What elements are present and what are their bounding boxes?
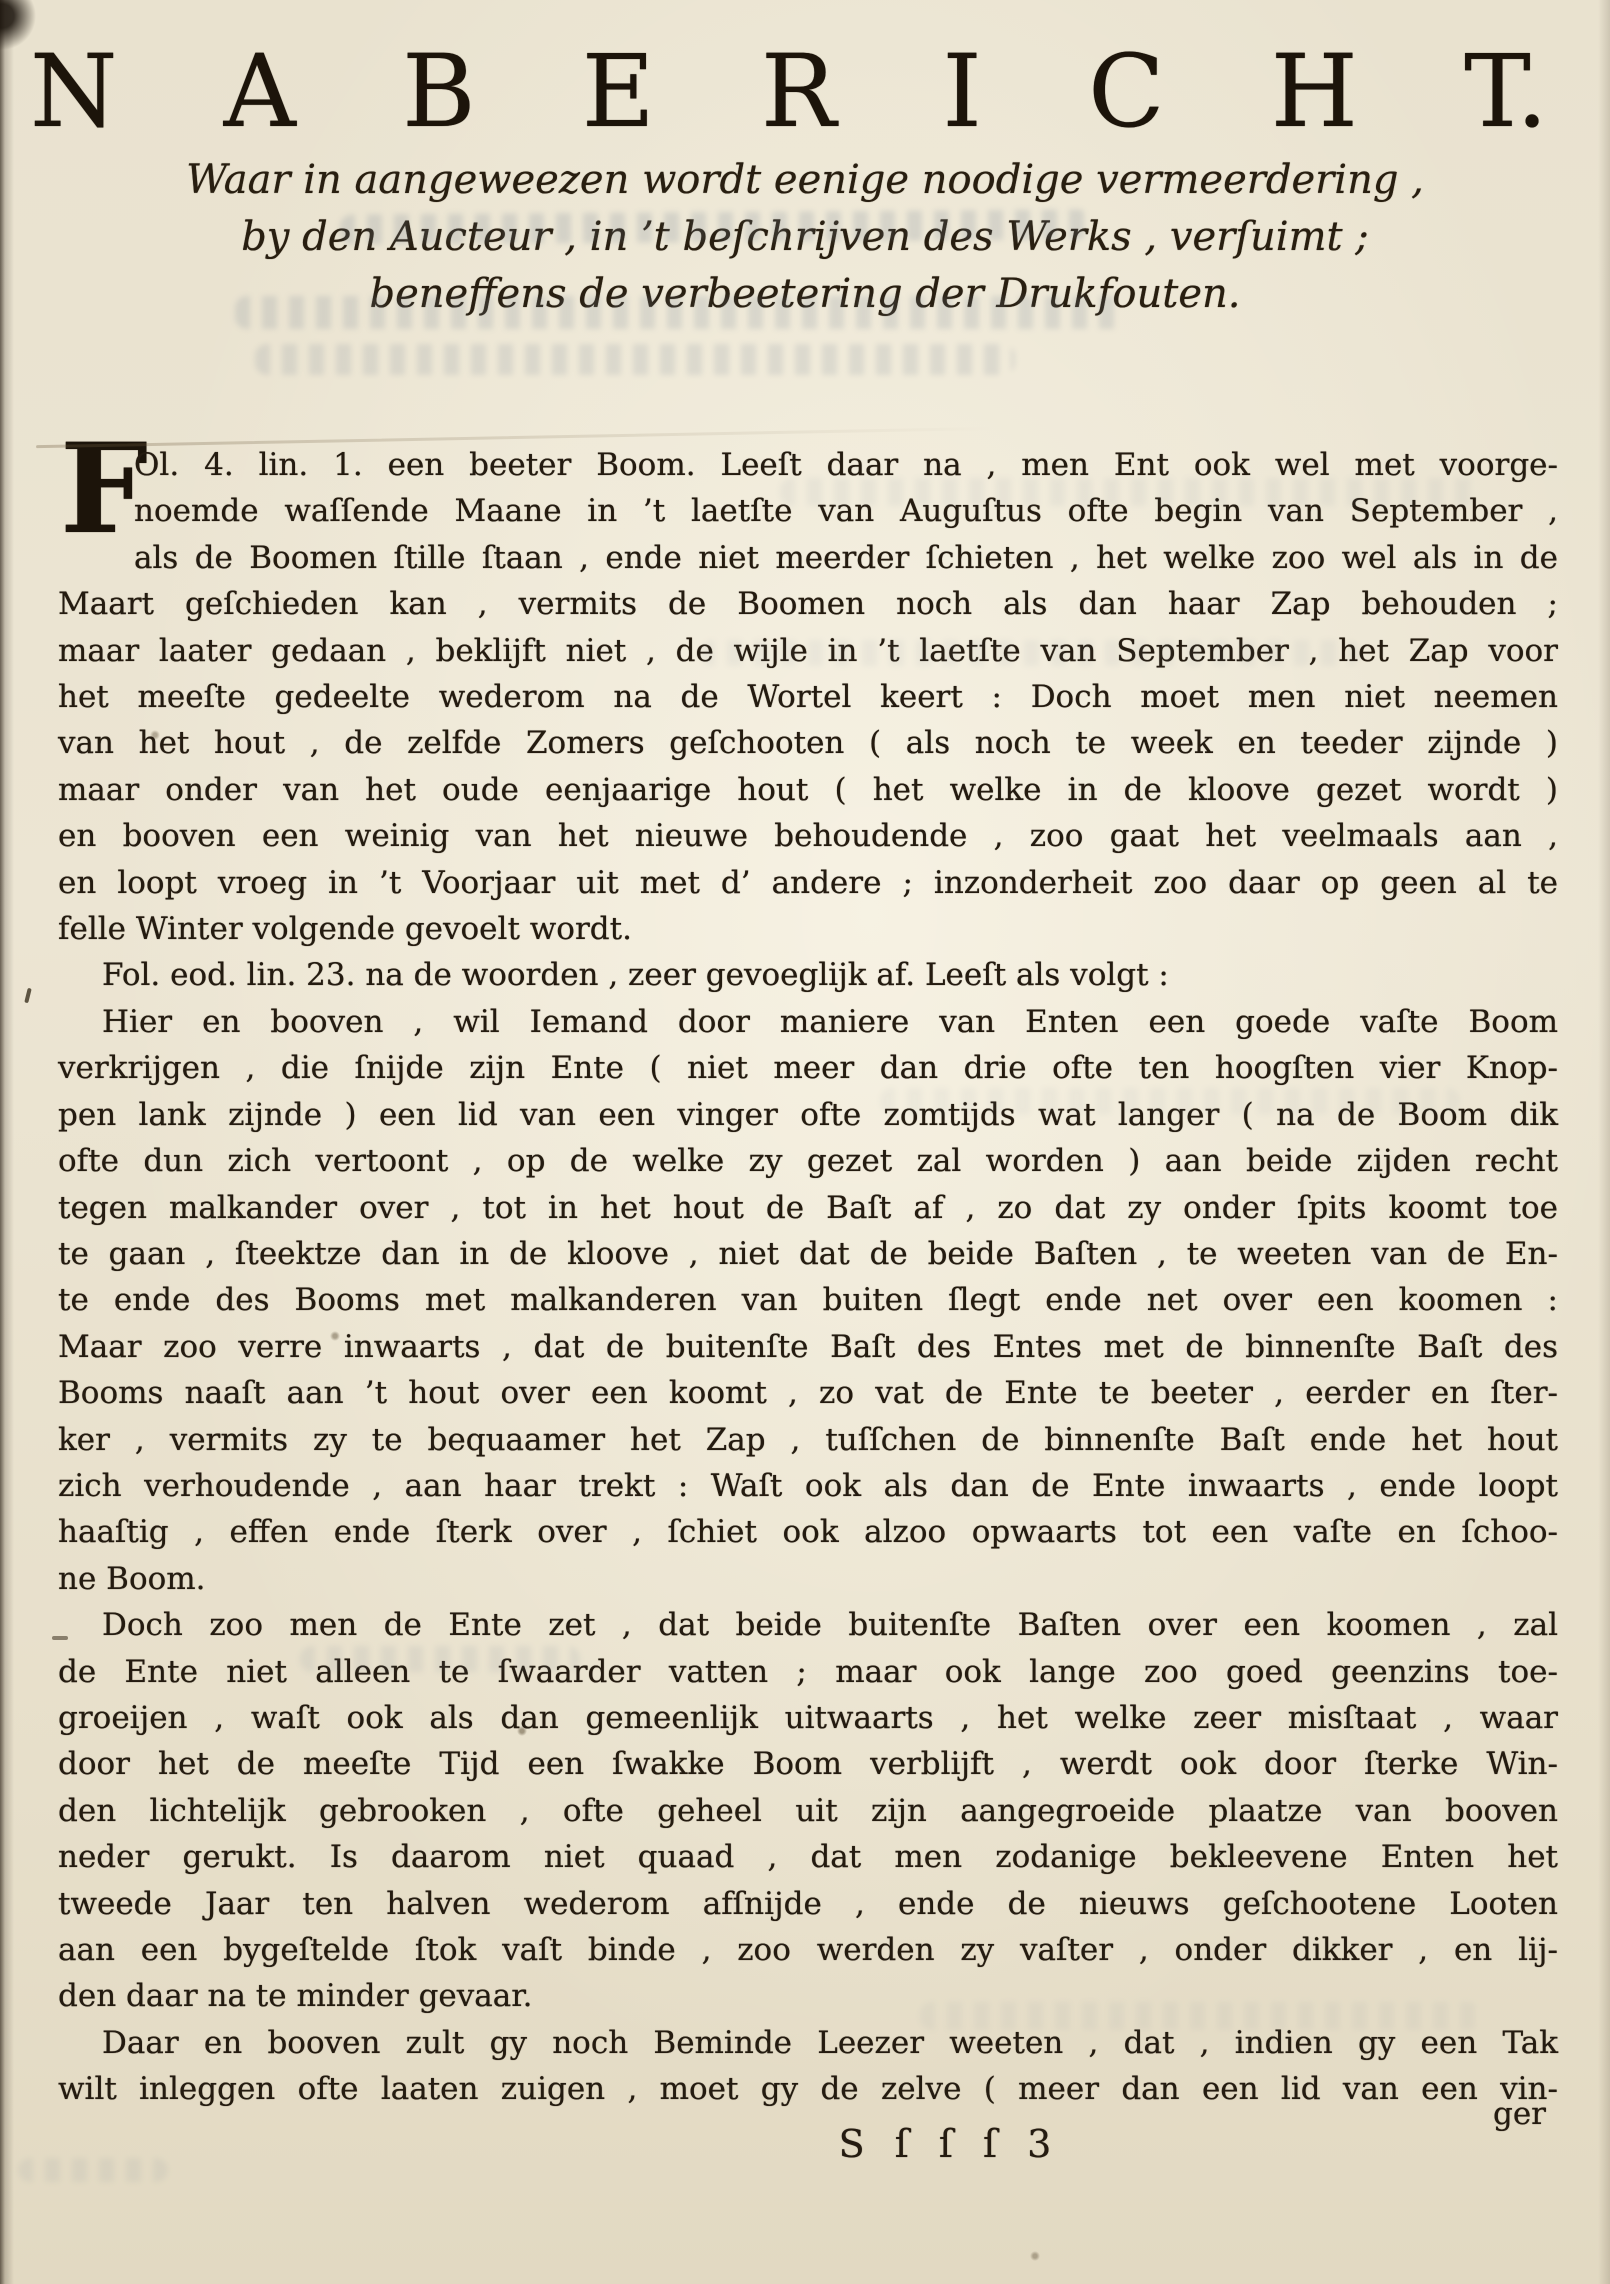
body-line: wilt inleggen ofte laaten zuigen , moet … <box>58 2066 1558 2112</box>
body-line: Hier en booven , wil Iemand door maniere… <box>58 999 1558 1045</box>
body-line: pen lank zijnde ) een lid van een vinger… <box>58 1092 1558 1138</box>
body-line: aan een bygeſtelde ſtok vaſt binde , zoo… <box>58 1927 1558 1973</box>
body-line: het meeſte gedeelte wederom na de Wortel… <box>58 674 1558 720</box>
body-line: als de Boomen ſtille ſtaan , ende niet m… <box>58 535 1558 581</box>
body-line: Maart geſchieden kan , vermits de Boomen… <box>58 581 1558 627</box>
body-line: en booven een weinig van het nieuwe beho… <box>58 813 1558 859</box>
body-line: ne Boom. <box>58 1556 1558 1602</box>
ink-mark <box>24 988 32 1004</box>
body-text: F Ol. 4. lin. 1. een beeter Boom. Leeſt … <box>58 442 1558 2113</box>
drop-cap: F <box>60 445 116 537</box>
page: NABERICHT. Waar in aangeweezen wordt een… <box>0 0 1610 2284</box>
bleedthrough-smudge <box>255 344 1015 375</box>
body-line: zich verhoudende , aan haar trekt : Waſt… <box>58 1463 1558 1509</box>
body-line: te ende des Booms met malkanderen van bu… <box>58 1277 1558 1323</box>
title-letter: H <box>1271 42 1358 142</box>
body-line: maar laater gedaan , beklijft niet , de … <box>58 628 1558 674</box>
body-line: tegen malkander over , tot in het hout d… <box>58 1185 1558 1231</box>
body-line: de Ente niet alleen te ſwaarder vatten ;… <box>58 1649 1558 1695</box>
body-line: verkrijgen , die ſnijde zijn Ente ( niet… <box>58 1045 1558 1091</box>
subtitle-line: beneffens de verbeetering der Drukfouten… <box>70 266 1540 323</box>
title-letter: T. <box>1464 42 1548 142</box>
body-line: noemde waſſende Maane in ’t laetſte van … <box>58 488 1558 534</box>
body-line: Daar en booven zult gy noch Beminde Leez… <box>58 2020 1558 2066</box>
title-letter: R <box>761 42 836 142</box>
page-title: NABERICHT. <box>30 42 1548 142</box>
title-letter: I <box>942 42 982 142</box>
subtitle-line: by den Aucteur , in ’t beſchrijven des W… <box>70 209 1540 266</box>
title-letter: E <box>582 42 655 142</box>
body-line: ker , vermits zy te bequaamer het Zap , … <box>58 1417 1558 1463</box>
body-line: Maar zoo verre inwaarts , dat de buitenſ… <box>58 1324 1558 1370</box>
body-line: haaſtig , effen ende ſterk over , ſchiet… <box>58 1509 1558 1555</box>
body-line: groeijen , waſt ook als dan gemeenlijk u… <box>58 1695 1558 1741</box>
body-line: den lichtelijk gebrooken , ofte geheel u… <box>58 1788 1558 1834</box>
body-line: Fol. eod. lin. 23. na de woorden , zeer … <box>58 952 1558 998</box>
body-line: Booms naaſt aan ’t hout over een koomt ,… <box>58 1370 1558 1416</box>
body-line: den daar na te minder gevaar. <box>58 1973 1558 2019</box>
body-line: tweede Jaar ten halven wederom afſnijde … <box>58 1881 1558 1927</box>
title-letter: N <box>30 42 118 142</box>
subtitle: Waar in aangeweezen wordt eenige noodige… <box>70 152 1540 323</box>
subtitle-line: Waar in aangeweezen wordt eenige noodige… <box>70 152 1540 209</box>
title-letter: A <box>224 42 296 142</box>
body-line: neder gerukt. Is daarom niet quaad , dat… <box>58 1834 1558 1880</box>
body-line: felle Winter volgende gevoelt wordt. <box>58 906 1558 952</box>
body-line: Ol. 4. lin. 1. een beeter Boom. Leeſt da… <box>58 442 1558 488</box>
body-line: maar onder van het oude eenjaarige hout … <box>58 767 1558 813</box>
bleedthrough-smudge <box>18 2158 168 2182</box>
catchword: ger <box>1493 2096 1546 2132</box>
body-line: te gaan , ſteektze dan in de kloove , ni… <box>58 1231 1558 1277</box>
title-letter: C <box>1088 42 1165 142</box>
signature-mark: S ſ ſ ſ 3 <box>839 2122 1052 2166</box>
body-line: en loopt vroeg in ’t Voorjaar uit met d’… <box>58 860 1558 906</box>
body-line: ofte dun zich vertoont , op de welke zy … <box>58 1138 1558 1184</box>
title-letter: B <box>402 42 476 142</box>
body-line: Doch zoo men de Ente zet , dat beide bui… <box>58 1602 1558 1648</box>
body-line: van het hout , de zelfde Zomers geſchoot… <box>58 720 1558 766</box>
body-line: door het de meeſte Tijd een ſwakke Boom … <box>58 1741 1558 1787</box>
